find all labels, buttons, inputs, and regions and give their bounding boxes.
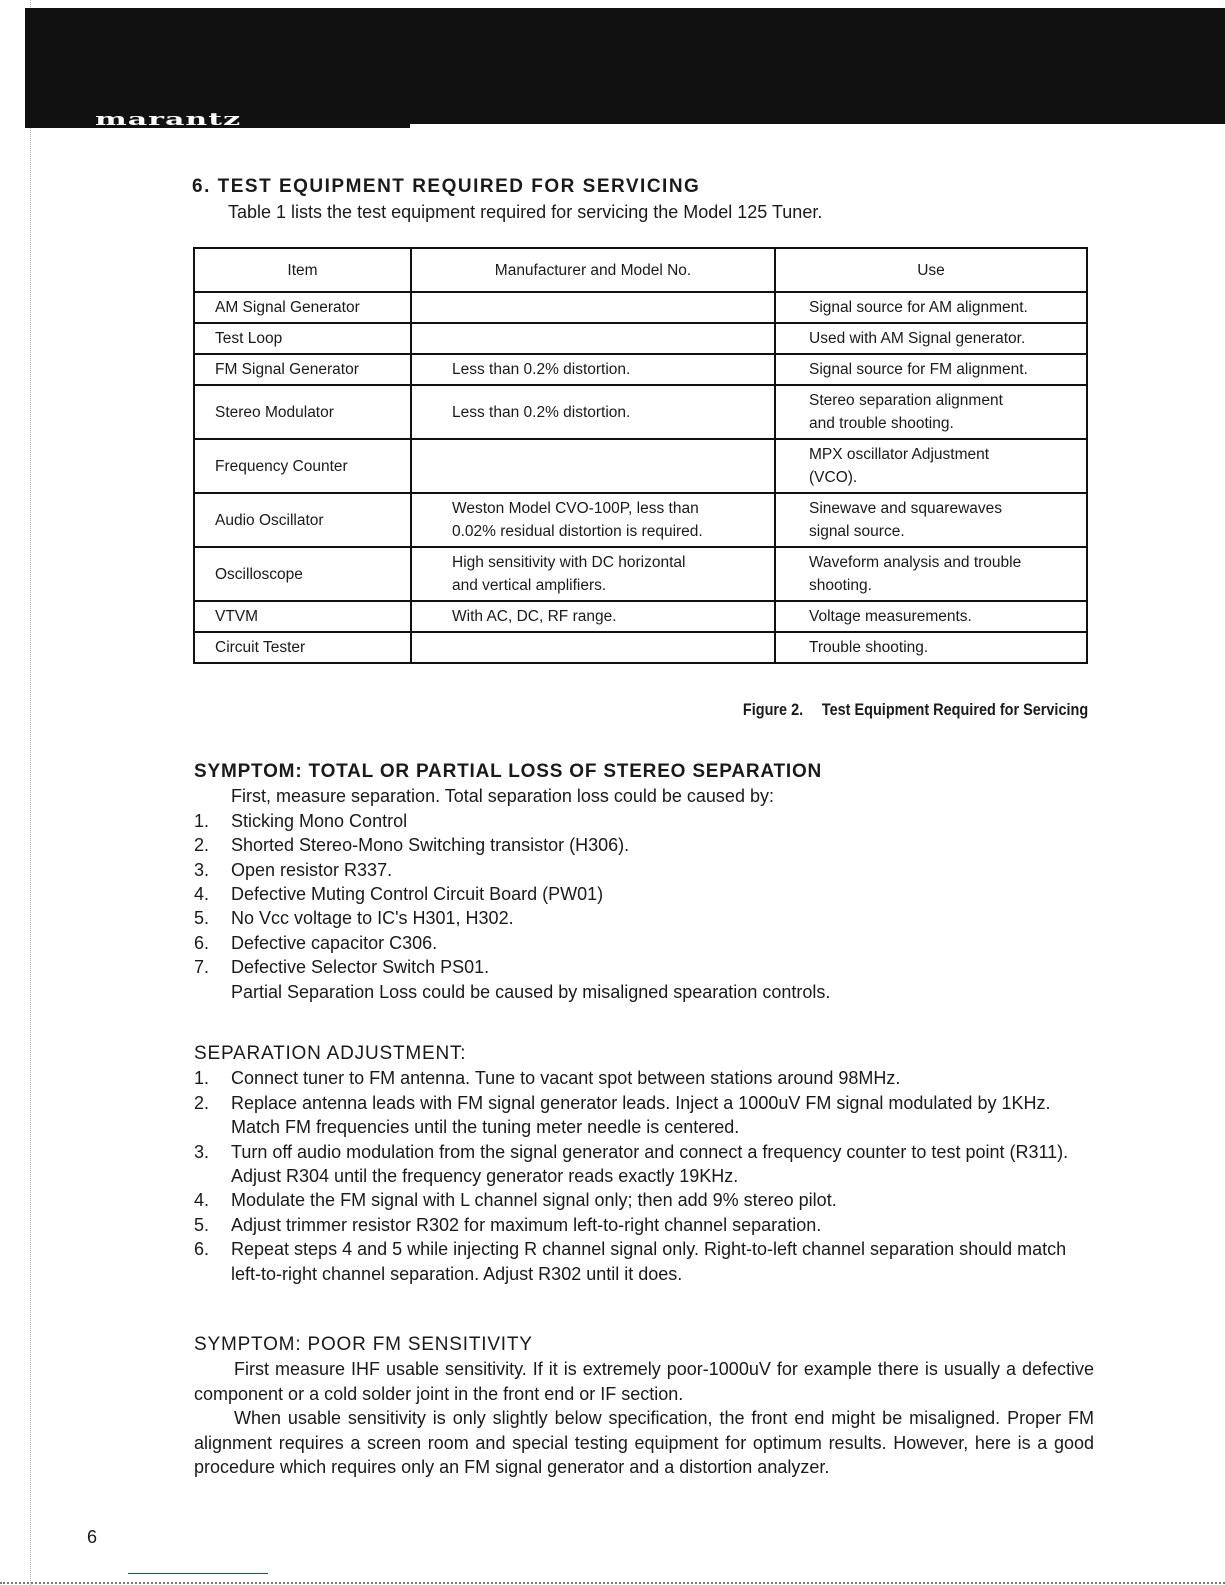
list-item-number: 6. xyxy=(194,931,231,955)
partial-loss-note: Partial Separation Loss could be caused … xyxy=(194,980,1094,1004)
table-row: Frequency CounterMPX oscillator Adjustme… xyxy=(194,439,1087,493)
list-item: 4.Defective Muting Control Circuit Board… xyxy=(194,882,1094,906)
cell-item: Frequency Counter xyxy=(194,439,411,493)
cell-use: Stereo separation alignment and trouble … xyxy=(775,385,1087,439)
cell-manufacturer: High sensitivity with DC horizontal and … xyxy=(411,547,775,601)
list-item-text: Sticking Mono Control xyxy=(231,809,407,833)
separation-adjustment-heading: SEPARATION ADJUSTMENT: xyxy=(194,1042,1094,1066)
list-item-text: Defective Muting Control Circuit Board (… xyxy=(231,882,603,906)
header-notch xyxy=(410,124,1225,146)
cell-use: Used with AM Signal generator. xyxy=(775,323,1087,354)
cell-item: VTVM xyxy=(194,601,411,632)
table-row: AM Signal GeneratorSignal source for AM … xyxy=(194,292,1087,323)
separation-adjustment-section: SEPARATION ADJUSTMENT: 1.Connect tuner t… xyxy=(194,1042,1094,1286)
table-row: Test LoopUsed with AM Signal generator. xyxy=(194,323,1087,354)
cell-use: Waveform analysis and trouble shooting. xyxy=(775,547,1087,601)
cell-manufacturer: With AC, DC, RF range. xyxy=(411,601,775,632)
adjustment-steps-list: 1.Connect tuner to FM antenna. Tune to v… xyxy=(194,1066,1094,1286)
list-item-text: Repeat steps 4 and 5 while injecting R c… xyxy=(231,1237,1094,1286)
cell-item: Oscilloscope xyxy=(194,547,411,601)
list-item: 2.Replace antenna leads with FM signal g… xyxy=(194,1091,1094,1140)
figure-caption: Figure 2.Test Equipment Required for Ser… xyxy=(743,700,1088,720)
list-item-number: 6. xyxy=(194,1237,231,1286)
cell-item: FM Signal Generator xyxy=(194,354,411,385)
causes-list: 1.Sticking Mono Control2.Shorted Stereo-… xyxy=(194,809,1094,980)
sensitivity-paragraph-1: First measure IHF usable sensitivity. If… xyxy=(194,1357,1094,1406)
cell-manufacturer xyxy=(411,632,775,663)
brand-logo: marantz xyxy=(95,112,241,129)
cell-item: Circuit Tester xyxy=(194,632,411,663)
list-item: 2.Shorted Stereo-Mono Switching transist… xyxy=(194,833,1094,857)
cell-manufacturer xyxy=(411,292,775,323)
list-item-number: 5. xyxy=(194,1213,231,1237)
figure-number: Figure 2. xyxy=(743,700,803,719)
list-item-number: 1. xyxy=(194,809,231,833)
sensitivity-paragraph-2: When usable sensitivity is only slightly… xyxy=(194,1406,1094,1479)
symptom-separation-section: SYMPTOM: TOTAL OR PARTIAL LOSS OF STEREO… xyxy=(194,760,1094,1004)
table-row: OscilloscopeHigh sensitivity with DC hor… xyxy=(194,547,1087,601)
list-item-number: 2. xyxy=(194,833,231,857)
list-item: 4.Modulate the FM signal with L channel … xyxy=(194,1188,1094,1212)
figure-title: Test Equipment Required for Servicing xyxy=(822,700,1088,719)
table-row: VTVMWith AC, DC, RF range.Voltage measur… xyxy=(194,601,1087,632)
list-item: 1.Sticking Mono Control xyxy=(194,809,1094,833)
cell-use: MPX oscillator Adjustment (VCO). xyxy=(775,439,1087,493)
list-item-text: Shorted Stereo-Mono Switching transistor… xyxy=(231,833,629,857)
cell-use: Voltage measurements. xyxy=(775,601,1087,632)
table-row: FM Signal GeneratorLess than 0.2% distor… xyxy=(194,354,1087,385)
list-item-text: Adjust trimmer resistor R302 for maximum… xyxy=(231,1213,821,1237)
footer-link-underline xyxy=(128,1573,268,1574)
list-item-text: Connect tuner to FM antenna. Tune to vac… xyxy=(231,1066,900,1090)
table-body: AM Signal GeneratorSignal source for AM … xyxy=(194,292,1087,663)
list-item-number: 4. xyxy=(194,882,231,906)
list-item-number: 5. xyxy=(194,906,231,930)
table-header-row: Item Manufacturer and Model No. Use xyxy=(194,248,1087,292)
section-intro: Table 1 lists the test equipment require… xyxy=(228,202,822,223)
table-row: Stereo ModulatorLess than 0.2% distortio… xyxy=(194,385,1087,439)
cell-manufacturer xyxy=(411,439,775,493)
cell-use: Signal source for FM alignment. xyxy=(775,354,1087,385)
cell-use: Sinewave and squarewaves signal source. xyxy=(775,493,1087,547)
list-item-number: 7. xyxy=(194,955,231,979)
cell-manufacturer: Weston Model CVO-100P, less than 0.02% r… xyxy=(411,493,775,547)
page-number: 6 xyxy=(87,1527,97,1548)
column-header-manufacturer: Manufacturer and Model No. xyxy=(411,248,775,292)
symptom-separation-heading: SYMPTOM: TOTAL OR PARTIAL LOSS OF STEREO… xyxy=(194,760,1094,784)
list-item: 1.Connect tuner to FM antenna. Tune to v… xyxy=(194,1066,1094,1090)
list-item-number: 2. xyxy=(194,1091,231,1140)
list-item-text: Modulate the FM signal with L channel si… xyxy=(231,1188,837,1212)
column-header-item: Item xyxy=(194,248,411,292)
list-item-number: 1. xyxy=(194,1066,231,1090)
list-item: 5.Adjust trimmer resistor R302 for maxim… xyxy=(194,1213,1094,1237)
cell-item: Audio Oscillator xyxy=(194,493,411,547)
list-item: 3.Open resistor R337. xyxy=(194,858,1094,882)
cell-use: Trouble shooting. xyxy=(775,632,1087,663)
table-row: Circuit TesterTrouble shooting. xyxy=(194,632,1087,663)
list-item: 6.Defective capacitor C306. xyxy=(194,931,1094,955)
cell-item: Test Loop xyxy=(194,323,411,354)
list-item: 7.Defective Selector Switch PS01. xyxy=(194,955,1094,979)
symptom-sensitivity-section: SYMPTOM: POOR FM SENSITIVITY First measu… xyxy=(194,1333,1094,1479)
list-item-text: Replace antenna leads with FM signal gen… xyxy=(231,1091,1094,1140)
list-item-text: Turn off audio modulation from the signa… xyxy=(231,1140,1094,1189)
list-item: 3.Turn off audio modulation from the sig… xyxy=(194,1140,1094,1189)
list-item: 6.Repeat steps 4 and 5 while injecting R… xyxy=(194,1237,1094,1286)
list-item-text: Defective Selector Switch PS01. xyxy=(231,955,489,979)
list-item-number: 3. xyxy=(194,1140,231,1189)
cell-manufacturer: Less than 0.2% distortion. xyxy=(411,385,775,439)
section-title: 6. TEST EQUIPMENT REQUIRED FOR SERVICING xyxy=(192,176,700,198)
cell-item: Stereo Modulator xyxy=(194,385,411,439)
list-item-number: 4. xyxy=(194,1188,231,1212)
list-item-text: Open resistor R337. xyxy=(231,858,392,882)
symptom-separation-intro: First, measure separation. Total separat… xyxy=(194,784,1094,808)
equipment-table: Item Manufacturer and Model No. Use AM S… xyxy=(193,247,1088,664)
column-header-use: Use xyxy=(775,248,1087,292)
symptom-sensitivity-heading: SYMPTOM: POOR FM SENSITIVITY xyxy=(194,1333,1094,1357)
list-item-number: 3. xyxy=(194,858,231,882)
cell-item: AM Signal Generator xyxy=(194,292,411,323)
cell-use: Signal source for AM alignment. xyxy=(775,292,1087,323)
list-item-text: Defective capacitor C306. xyxy=(231,931,437,955)
cell-manufacturer: Less than 0.2% distortion. xyxy=(411,354,775,385)
list-item-text: No Vcc voltage to IC's H301, H302. xyxy=(231,906,514,930)
list-item: 5.No Vcc voltage to IC's H301, H302. xyxy=(194,906,1094,930)
scan-margin-artifact xyxy=(0,0,31,1585)
table-row: Audio OscillatorWeston Model CVO-100P, l… xyxy=(194,493,1087,547)
cell-manufacturer xyxy=(411,323,775,354)
